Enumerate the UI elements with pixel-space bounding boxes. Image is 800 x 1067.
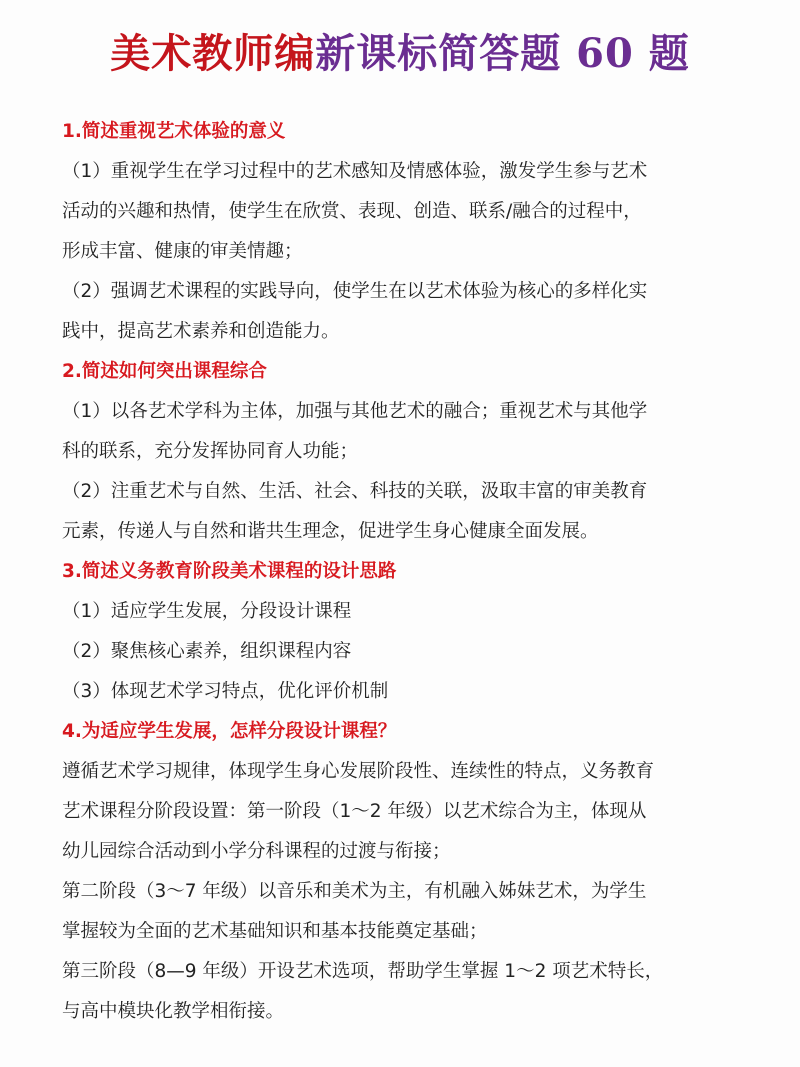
answer-line: 科的联系，充分发挥协同育人功能； [62,432,752,472]
document-page: 美术教师编新课标简答题 60 题 1.简述重视艺术体验的意义 （1）重视学生在学… [0,0,800,1067]
answer-line: 与高中模块化教学相衔接。 [62,992,752,1032]
answer-line: （1）重视学生在学习过程中的艺术感知及情感体验，激发学生参与艺术 [62,152,752,192]
answer-line: 艺术课程分阶段设置：第一阶段（1～2 年级）以艺术综合为主，体现从 [62,792,752,832]
answer-line: （1）以各艺术学科为主体，加强与其他艺术的融合；重视艺术与其他学 [62,392,752,432]
answer-line: 形成丰富、健康的审美情趣； [62,232,752,272]
question-heading-1: 1.简述重视艺术体验的意义 [62,112,752,152]
qa-content: 1.简述重视艺术体验的意义 （1）重视学生在学习过程中的艺术感知及情感体验，激发… [62,112,752,1032]
answer-line: （2）注重艺术与自然、生活、社会、科技的关联，汲取丰富的审美教育 [62,472,752,512]
answer-line: （1）适应学生发展，分段设计课程 [62,592,752,632]
answer-line: 幼儿园综合活动到小学分科课程的过渡与衔接； [62,832,752,872]
answer-line: 遵循艺术学习规律，体现学生身心发展阶段性、连续性的特点，义务教育 [62,752,752,792]
answer-line: 活动的兴趣和热情，使学生在欣赏、表现、创造、联系/融合的过程中， [62,192,752,232]
title-purple-part: 新课标简答题 60 题 [315,30,690,77]
answer-line: 掌握较为全面的艺术基础知识和基本技能奠定基础； [62,912,752,952]
answer-line: 第二阶段（3～7 年级）以音乐和美术为主，有机融入姊妹艺术，为学生 [62,872,752,912]
answer-line: 第三阶段（8—9 年级）开设艺术选项，帮助学生掌握 1～2 项艺术特长， [62,952,752,992]
answer-line: （2）聚焦核心素养，组织课程内容 [62,632,752,672]
answer-line: 元素，传递人与自然和谐共生理念，促进学生身心健康全面发展。 [62,512,752,552]
question-heading-2: 2.简述如何突出课程综合 [62,352,752,392]
answer-line: （2）强调艺术课程的实践导向，使学生在以艺术体验为核心的多样化实 [62,272,752,312]
answer-line: （3）体现艺术学习特点，优化评价机制 [62,672,752,712]
question-heading-3: 3.简述义务教育阶段美术课程的设计思路 [62,552,752,592]
title-red-part: 美术教师编 [110,30,315,77]
answer-line: 践中，提高艺术素养和创造能力。 [62,312,752,352]
question-heading-4: 4.为适应学生发展，怎样分段设计课程？ [62,712,752,752]
page-title: 美术教师编新课标简答题 60 题 [0,26,800,82]
